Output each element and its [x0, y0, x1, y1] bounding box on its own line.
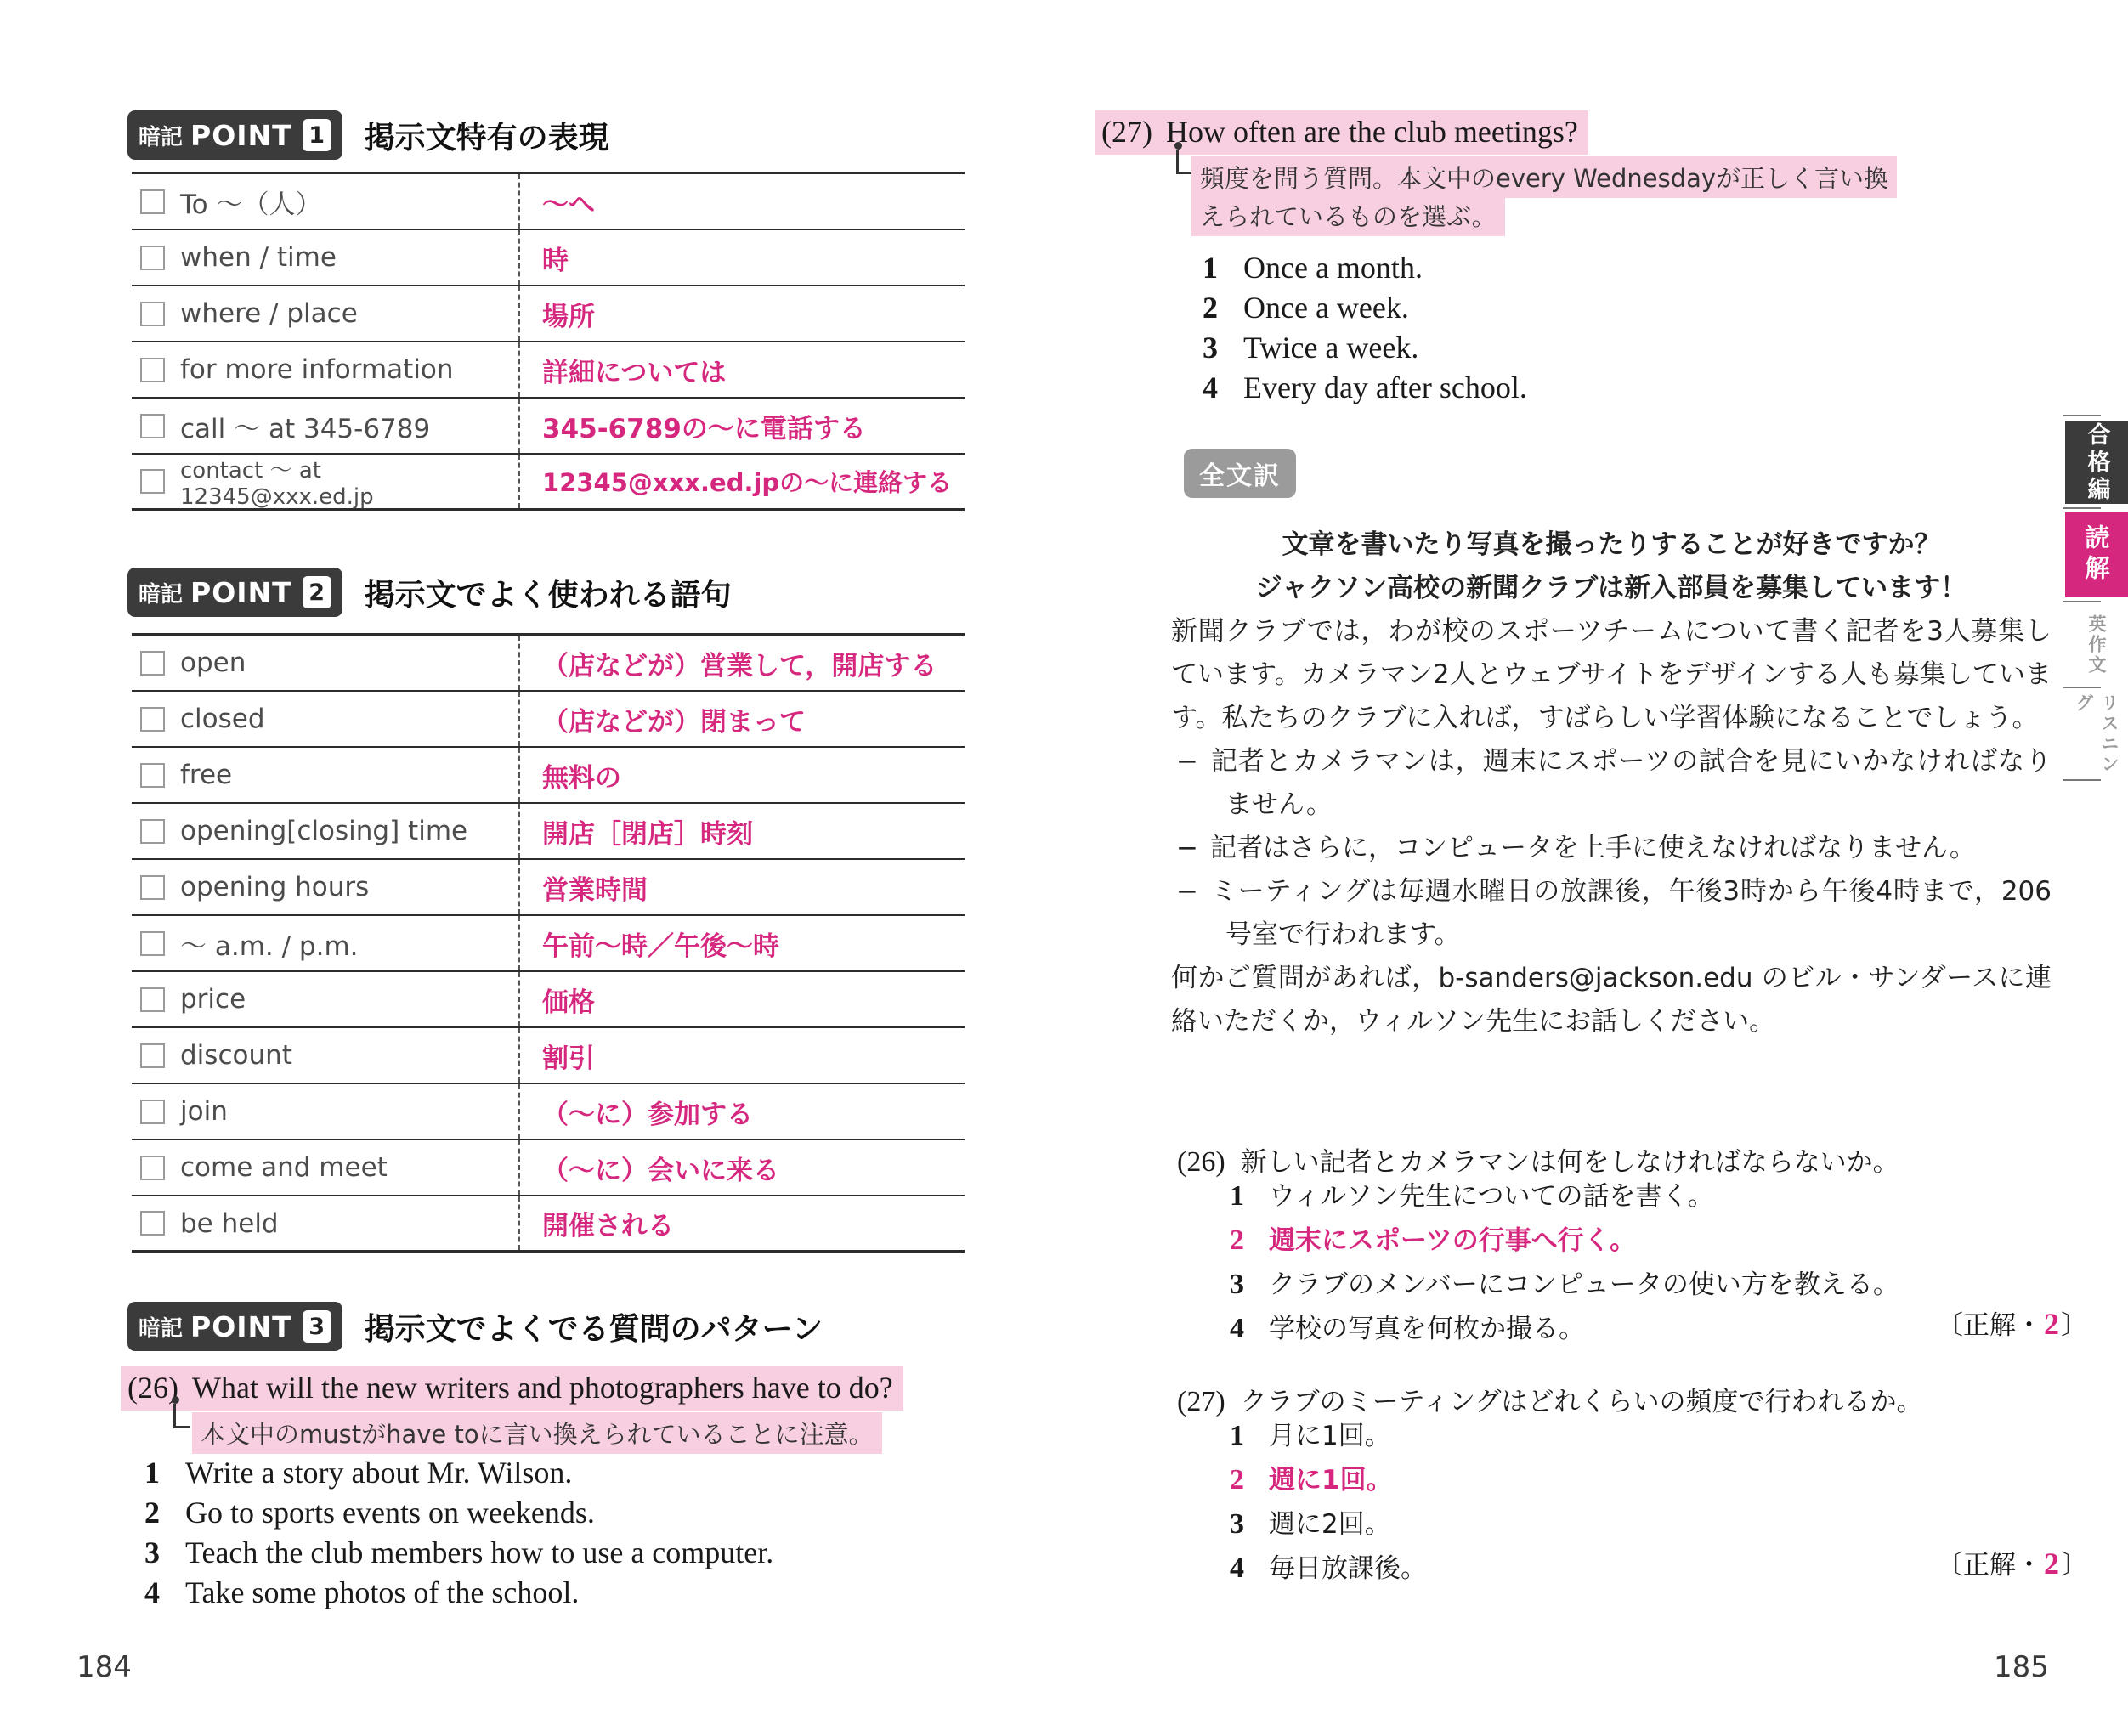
english-term: closed [180, 704, 265, 734]
answer-number: 2 [2044, 1306, 2059, 1342]
japanese-meaning: 無料の [542, 756, 621, 794]
table-row: when / time 時 [132, 230, 965, 286]
bullet-dash: − [1176, 746, 1198, 777]
question-27-note-line2: えられているものを選ぶ。 [1191, 195, 1505, 236]
point3-title: 掲示文でよくでる質問のパターン [365, 1305, 823, 1349]
bullet-text: 記者とカメラマンは，週末にスポーツの試合を見にいかなければなりません。 [1210, 746, 2052, 820]
english-term: To 〜（人） [180, 183, 322, 221]
question-number: (26) [127, 1371, 178, 1405]
table-cell-english: call 〜 at 345-6789 [132, 399, 518, 453]
japanese-meaning: 価格 [542, 981, 595, 1019]
option-text: 週末にスポーツの行事へ行く。 [1269, 1219, 1636, 1257]
page-number-left: 184 [76, 1650, 132, 1684]
option-text: Once a month. [1243, 250, 1423, 286]
option-text: Go to sports events on weekends. [185, 1495, 595, 1530]
sidebar-divider [2063, 415, 2101, 416]
english-term: 〜 a.m. / p.m. [180, 925, 359, 963]
option-number: 2 [1230, 1464, 1262, 1496]
answer-prefix: 〔正解・ [1937, 1543, 2042, 1581]
table-cell-english: To 〜（人） [132, 174, 518, 229]
table-cell-japanese: 開店［閉店］時刻 [518, 804, 965, 858]
option-number: 1 [1203, 250, 1233, 286]
option-number: 3 [1230, 1508, 1262, 1541]
option-text: 毎日放課後。 [1269, 1547, 1427, 1585]
japanese-meaning: （〜に）参加する [542, 1093, 753, 1131]
english-term: opening[closing] time [180, 816, 467, 846]
option-text: ウィルソン先生についての話を書く。 [1269, 1174, 1714, 1213]
option-number: 2 [144, 1495, 175, 1530]
table-cell-english: price [132, 972, 518, 1026]
badge-word: POINT [190, 1310, 292, 1343]
table-cell-japanese: 12345@xxx.ed.jpの〜に連絡する [518, 455, 965, 508]
translation-bullet: −記者はさらに，コンピュータを上手に使えなければなりません。 [1171, 827, 2052, 870]
japanese-meaning: 時 [542, 239, 569, 277]
badge-number: 1 [303, 119, 331, 151]
table-row: open （店などが）営業して，開店する [132, 636, 965, 692]
point3-header: 暗記 POINT 3 掲示文でよくでる質問のパターン [127, 1302, 823, 1351]
bullet-text: ミーティングは毎週水曜日の放課後，午後3時から午後4時まで，206号室で行われま… [1210, 876, 2052, 950]
option-number: 1 [1230, 1420, 1262, 1452]
translation-heading1: 文章を書いたり写真を撮ったりすることが好きですか？ [1171, 523, 2052, 567]
option-row: 2 週末にスポーツの行事へ行く。 [1230, 1219, 1899, 1263]
option-row: 2 Once a week. [1203, 290, 1527, 330]
bullet-text: 記者はさらに，コンピュータを上手に使えなければなりません。 [1210, 833, 1976, 863]
translation-heading2: ジャクソン高校の新聞クラブは新入部員を募集しています！ [1171, 567, 2052, 610]
option-number: 2 [1203, 290, 1233, 325]
table-row: where / place 場所 [132, 286, 965, 342]
badge-word: POINT [190, 119, 292, 152]
option-number: 4 [1230, 1313, 1262, 1345]
question-26-english: (26)What will the new writers and photog… [121, 1366, 903, 1411]
bullet-dash: − [1176, 876, 1198, 907]
table-cell-japanese: 345-6789の〜に電話する [518, 399, 965, 453]
table-cell-english: free [132, 748, 518, 802]
option-row: 4 Take some photos of the school. [144, 1575, 773, 1614]
option-row: 3 Twice a week. [1203, 330, 1527, 370]
option-row: 2 週に1回。 [1230, 1458, 1427, 1502]
table-cell-english: open [132, 636, 518, 690]
table-cell-english: where / place [132, 286, 518, 341]
checkbox-icon [140, 875, 165, 900]
checkbox-icon [140, 302, 165, 326]
table-row: come and meet （〜に）会いに来る [132, 1140, 965, 1196]
page-number-right: 185 [1994, 1650, 2049, 1684]
checkbox-icon [140, 414, 165, 438]
table-row: join （〜に）参加する [132, 1084, 965, 1140]
answer-suffix: 〕 [2061, 1543, 2087, 1581]
point3-badge: 暗記 POINT 3 [127, 1302, 342, 1351]
japanese-meaning: 開催される [542, 1204, 674, 1242]
option-text: Write a story about Mr. Wilson. [185, 1455, 572, 1490]
table-row: 〜 a.m. / p.m. 午前〜時／午後〜時 [132, 916, 965, 972]
answer-badge-26: 〔正解・2〕 [1937, 1303, 2087, 1348]
option-row: 4 学校の写真を何枚か撮る。 [1230, 1307, 1899, 1351]
translation-bullets: −記者とカメラマンは，週末にスポーツの試合を見にいかなければなりません。 −記者… [1171, 740, 2052, 957]
option-row: 1 月に1回。 [1230, 1414, 1427, 1458]
japanese-meaning: （〜に）会いに来る [542, 1149, 779, 1187]
badge-tag: 暗記 [139, 120, 183, 151]
option-number: 4 [1203, 370, 1233, 405]
option-row: 2 Go to sports events on weekends. [144, 1495, 773, 1535]
option-number: 3 [1203, 330, 1233, 365]
option-number: 4 [1230, 1552, 1262, 1585]
checkbox-icon [140, 763, 165, 788]
option-text: クラブのメンバーにコンピュータの使い方を教える。 [1269, 1263, 1899, 1301]
checkbox-icon [140, 1100, 165, 1124]
checkbox-icon [140, 1043, 165, 1068]
japanese-meaning: 345-6789の〜に電話する [542, 407, 866, 445]
table-row: discount 割引 [132, 1028, 965, 1084]
option-number: 3 [144, 1535, 175, 1570]
answer-prefix: 〔正解・ [1937, 1303, 2042, 1342]
table-row: closed （店などが）閉まって [132, 692, 965, 748]
table-cell-english: discount [132, 1028, 518, 1083]
checkbox-icon [140, 987, 165, 1012]
question-27-japanese: (27) クラブのミーティングはどれくらいの頻度で行われるか。 [1177, 1380, 1923, 1418]
japanese-meaning: 12345@xxx.ed.jpの〜に連絡する [542, 464, 952, 499]
table-cell-english: join [132, 1084, 518, 1139]
option-number: 2 [1230, 1224, 1262, 1257]
option-text: Twice a week. [1243, 330, 1418, 365]
japanese-meaning: 割引 [542, 1037, 595, 1075]
bullet-dash: − [1176, 833, 1198, 863]
textbook-spread: { "colors": { "accent_pink": "#d6277e", … [0, 0, 2128, 1736]
badge-number: 3 [303, 1310, 331, 1343]
table-cell-japanese: 無料の [518, 748, 965, 802]
sidebar-divider [2063, 687, 2101, 688]
badge-tag: 暗記 [139, 1311, 183, 1343]
point1-title: 掲示文特有の表現 [365, 114, 609, 157]
question-27-japanese-options: 1 月に1回。 2 週に1回。 3 週に2回。 4 毎日放課後。 [1230, 1414, 1427, 1591]
table-cell-japanese: 開催される [518, 1196, 965, 1250]
point2-table: open （店などが）営業して，開店する closed （店などが）閉まって f… [132, 633, 965, 1253]
japanese-meaning: 〜へ [542, 183, 595, 221]
table-cell-japanese: 割引 [518, 1028, 965, 1083]
sidebar-tab-listening[interactable]: リスニング [2065, 693, 2128, 775]
table-cell-japanese: 詳細については [518, 342, 965, 397]
question-27-note-line1: 頻度を問う質問。本文中のevery Wednesdayが正しく言い換 [1191, 156, 1897, 198]
table-cell-english: when / time [132, 230, 518, 285]
table-cell-japanese: （〜に）会いに来る [518, 1140, 965, 1195]
english-term: where / place [180, 298, 358, 329]
question-27-english: (27)How often are the club meetings? [1095, 110, 1588, 155]
table-row: free 無料の [132, 748, 965, 804]
point2-badge: 暗記 POINT 2 [127, 568, 342, 617]
option-number: 1 [144, 1455, 175, 1490]
checkbox-icon [140, 819, 165, 844]
option-row: 4 Every day after school. [1203, 370, 1527, 410]
option-row: 3 Teach the club members how to use a co… [144, 1535, 773, 1575]
option-number: 1 [1230, 1180, 1262, 1213]
full-translation-badge: 全文訳 [1184, 449, 1296, 498]
table-cell-english: 〜 a.m. / p.m. [132, 916, 518, 970]
point2-title: 掲示文でよく使われる語句 [365, 571, 732, 614]
option-text: Take some photos of the school. [185, 1575, 579, 1610]
checkbox-icon [140, 931, 165, 956]
table-cell-japanese: 営業時間 [518, 860, 965, 914]
option-text: 週に1回。 [1269, 1458, 1393, 1496]
table-row: be held 開催される [132, 1196, 965, 1253]
table-cell-japanese: 午前〜時／午後〜時 [518, 916, 965, 970]
english-term: when / time [180, 242, 337, 273]
translation-paragraph: 新聞クラブでは，わが校のスポーツチームについて書く記者を3人募集しています。カメ… [1171, 610, 2052, 740]
option-text: Every day after school. [1243, 370, 1527, 405]
point1-header: 暗記 POINT 1 掲示文特有の表現 [127, 110, 609, 160]
question-text: How often are the club meetings? [1166, 115, 1578, 149]
option-row: 1 ウィルソン先生についての話を書く。 [1230, 1174, 1899, 1219]
checkbox-icon [140, 246, 165, 270]
table-cell-japanese: （店などが）営業して，開店する [518, 636, 965, 690]
option-text: 週に2回。 [1269, 1502, 1391, 1541]
english-term: price [180, 984, 246, 1015]
table-cell-japanese: （店などが）閉まって [518, 692, 965, 746]
english-term: come and meet [180, 1152, 388, 1183]
option-row: 1 Write a story about Mr. Wilson. [144, 1455, 773, 1495]
checkbox-icon [140, 1156, 165, 1180]
table-cell-english: come and meet [132, 1140, 518, 1195]
japanese-meaning: 営業時間 [542, 868, 648, 907]
english-term: free [180, 760, 232, 790]
translation-bullet: −ミーティングは毎週水曜日の放課後，午後3時から午後4時まで，206号室で行われ… [1171, 870, 2052, 957]
table-row: To 〜（人） 〜へ [132, 174, 965, 230]
english-term: discount [180, 1040, 292, 1071]
question-26-options: 1 Write a story about Mr. Wilson. 2 Go t… [144, 1455, 773, 1614]
table-row: price 価格 [132, 972, 965, 1028]
option-text: Teach the club members how to use a comp… [185, 1535, 773, 1570]
point1-table: To 〜（人） 〜へ when / time 時 where / place 場… [132, 172, 965, 511]
english-term: be held [180, 1208, 279, 1239]
table-cell-english: contact 〜 at 12345@xxx.ed.jp [132, 455, 518, 508]
english-term: call 〜 at 345-6789 [180, 407, 430, 445]
japanese-meaning: 開店［閉店］時刻 [542, 812, 753, 851]
japanese-meaning: 場所 [542, 295, 595, 333]
note-connector-line [1176, 150, 1193, 174]
sidebar-tab-eisakubun[interactable]: 英作文 [2065, 608, 2128, 682]
table-row: opening[closing] time 開店［閉店］時刻 [132, 804, 965, 860]
table-cell-english: be held [132, 1196, 518, 1250]
option-text: 学校の写真を何枚か撮る。 [1269, 1307, 1585, 1345]
question-27-options: 1 Once a month. 2 Once a week. 3 Twice a… [1203, 250, 1527, 410]
translation-footer: 何かご質問があれば，b-sanders@jackson.edu のビル・サンダー… [1171, 957, 2052, 1043]
question-text: What will the new writers and photograph… [192, 1371, 893, 1405]
question-number: (27) [1101, 115, 1152, 149]
table-cell-japanese: 時 [518, 230, 965, 285]
note-connector-line [173, 1404, 190, 1428]
point2-header: 暗記 POINT 2 掲示文でよく使われる語句 [127, 568, 732, 617]
question-text: クラブのミーティングはどれくらいの頻度で行われるか。 [1241, 1380, 1923, 1418]
answer-suffix: 〕 [2061, 1303, 2087, 1342]
english-term: join [180, 1096, 228, 1127]
japanese-meaning: （店などが）閉まって [542, 700, 806, 738]
japanese-meaning: （店などが）営業して，開店する [542, 644, 937, 682]
table-cell-japanese: 場所 [518, 286, 965, 341]
checkbox-icon [140, 189, 165, 214]
table-cell-english: opening hours [132, 860, 518, 914]
full-translation-body: 文章を書いたり写真を撮ったりすることが好きですか？ ジャクソン高校の新聞クラブは… [1171, 523, 2052, 1043]
sidebar-tab-goukakuhen[interactable]: 合格編 [2065, 421, 2128, 504]
question-26-note: 本文中のmustがhave toに言い換えられていることに注意。 [192, 1412, 882, 1454]
option-text: 月に1回。 [1269, 1414, 1391, 1452]
question-text: 新しい記者とカメラマンは何をしなければならないか。 [1241, 1140, 1899, 1179]
badge-word: POINT [190, 576, 292, 609]
sidebar-divider [2063, 601, 2101, 602]
table-cell-english: opening[closing] time [132, 804, 518, 858]
checkbox-icon [140, 651, 165, 676]
checkbox-icon [140, 707, 165, 732]
translation-bullet: −記者とカメラマンは，週末にスポーツの試合を見にいかなければなりません。 [1171, 740, 2052, 827]
english-term: opening hours [180, 872, 369, 902]
table-cell-japanese: 価格 [518, 972, 965, 1026]
table-row: call 〜 at 345-6789 345-6789の〜に電話する [132, 399, 965, 455]
option-row: 1 Once a month. [1203, 250, 1527, 290]
table-row: opening hours 営業時間 [132, 860, 965, 916]
sidebar-tab-dokkai[interactable]: 読解 [2065, 512, 2128, 597]
option-text: Once a week. [1243, 290, 1409, 325]
table-cell-japanese: 〜へ [518, 174, 965, 229]
checkbox-icon [140, 1211, 165, 1236]
option-row: 3 クラブのメンバーにコンピュータの使い方を教える。 [1230, 1263, 1899, 1307]
option-number: 3 [1230, 1269, 1262, 1301]
japanese-meaning: 午前〜時／午後〜時 [542, 925, 779, 963]
english-term: for more information [180, 354, 454, 385]
option-row: 4 毎日放課後。 [1230, 1547, 1427, 1591]
question-number: (27) [1177, 1386, 1225, 1418]
checkbox-icon [140, 469, 165, 494]
table-cell-japanese: （〜に）参加する [518, 1084, 965, 1139]
badge-number: 2 [303, 576, 331, 608]
question-26-japanese-options: 1 ウィルソン先生についての話を書く。 2 週末にスポーツの行事へ行く。 3 ク… [1230, 1174, 1899, 1351]
answer-badge-27: 〔正解・2〕 [1937, 1543, 2087, 1587]
checkbox-icon [140, 358, 165, 382]
option-number: 4 [144, 1575, 175, 1610]
table-cell-english: for more information [132, 342, 518, 397]
table-cell-english: closed [132, 692, 518, 746]
badge-tag: 暗記 [139, 577, 183, 608]
japanese-meaning: 詳細については [542, 351, 726, 389]
table-row: for more information 詳細については [132, 342, 965, 399]
english-term: contact 〜 at 12345@xxx.ed.jp [180, 453, 518, 510]
sidebar-divider [2063, 779, 2101, 781]
question-26-japanese: (26) 新しい記者とカメラマンは何をしなければならないか。 [1177, 1140, 1899, 1179]
answer-number: 2 [2044, 1546, 2059, 1581]
point1-badge: 暗記 POINT 1 [127, 110, 342, 160]
sidebar-divider [2063, 507, 2101, 509]
question-number: (26) [1177, 1146, 1225, 1179]
option-row: 3 週に2回。 [1230, 1502, 1427, 1547]
english-term: open [180, 647, 246, 678]
table-row: contact 〜 at 12345@xxx.ed.jp 12345@xxx.e… [132, 455, 965, 511]
